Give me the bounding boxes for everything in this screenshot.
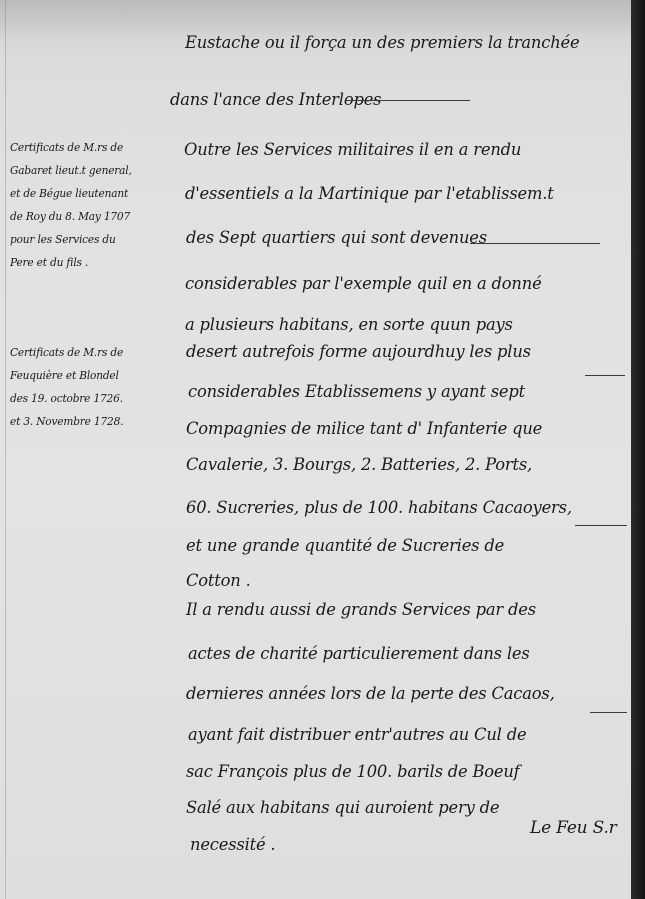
body-line: a plusieurs habitans, en sorte quun pays — [185, 314, 513, 336]
body-line: actes de charité particulierement dans l… — [188, 643, 530, 665]
signature: Le Feu S.r — [530, 818, 617, 838]
body-line: et une grande quantité de Sucreries de — [186, 535, 504, 557]
body-line: Eustache ou il força un des premiers la … — [185, 32, 579, 54]
body-line: Compagnies de milice tant d' Infanterie … — [186, 418, 542, 440]
body-line: desert autrefois forme aujourdhuy les pl… — [186, 341, 531, 363]
margin-note-line: Feuquière et Blondel — [10, 368, 119, 382]
margin-note-line: Certificats de M.rs de — [10, 140, 123, 154]
body-line: Il a rendu aussi de grands Services par … — [186, 599, 536, 621]
margin-note-line: Gabaret lieut.t general, — [10, 163, 132, 177]
manuscript-page: Certificats de M.rs de Gabaret lieut.t g… — [0, 0, 632, 899]
body-line: dernieres années lors de la perte des Ca… — [186, 683, 555, 705]
margin-note-line: et 3. Novembre 1728. — [10, 414, 123, 428]
margin-note-line: Pere et du fils . — [10, 255, 88, 269]
body-line: Cavalerie, 3. Bourgs, 2. Batteries, 2. P… — [186, 454, 532, 476]
line-filler-rule — [345, 100, 470, 101]
line-filler-rule — [585, 375, 625, 376]
margin-note-line: des 19. octobre 1726. — [10, 391, 123, 405]
line-filler-rule — [575, 525, 627, 526]
scan-border — [631, 0, 645, 899]
body-line: necessité . — [190, 834, 275, 856]
body-line: Salé aux habitans qui auroient pery de — [186, 797, 499, 819]
body-line: Outre les Services militaires il en a re… — [184, 139, 521, 161]
body-line: considerables par l'exemple quil en a do… — [185, 273, 542, 295]
page-fold-line — [5, 0, 6, 899]
line-filler-rule — [590, 712, 627, 713]
margin-note-line: de Roy du 8. May 1707 — [10, 209, 130, 223]
margin-note-line: et de Bégue lieutenant — [10, 186, 128, 200]
margin-note-line: pour les Services du — [10, 232, 116, 246]
body-line: d'essentiels a la Martinique par l'etabl… — [185, 183, 554, 205]
body-line: ayant fait distribuer entr'autres au Cul… — [188, 724, 526, 746]
margin-note-line: Certificats de M.rs de — [10, 345, 123, 359]
body-line: des Sept quartiers qui sont devenues — [186, 227, 487, 249]
body-line: sac François plus de 100. barils de Boeu… — [186, 761, 520, 783]
line-filler-rule — [470, 243, 600, 244]
body-line: Cotton . — [186, 570, 251, 592]
body-line: 60. Sucreries, plus de 100. habitans Cac… — [186, 497, 572, 519]
body-line: considerables Etablissemens y ayant sept — [188, 381, 525, 403]
